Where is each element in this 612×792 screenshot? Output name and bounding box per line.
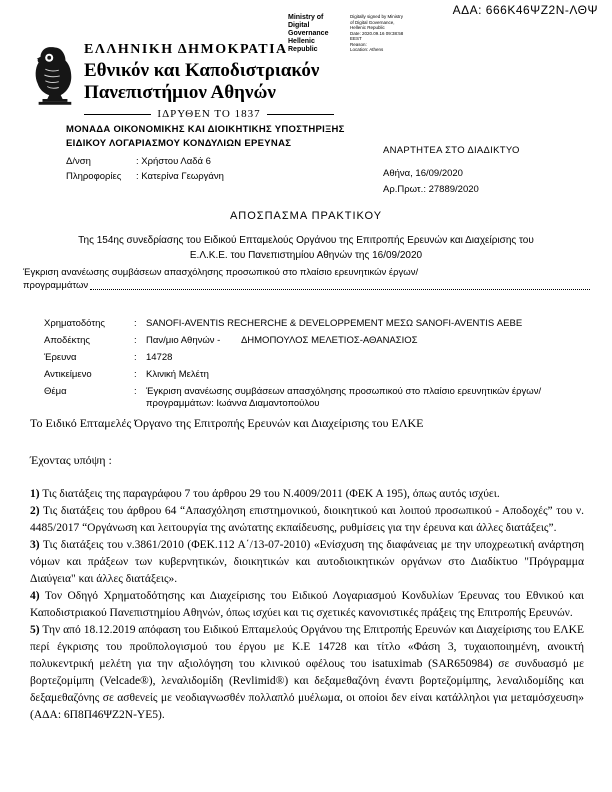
subject-block: Έγκριση ανανέωσης συμβάσεων απασχόλησης … bbox=[23, 266, 590, 292]
protocol-number: Αρ.Πρωτ.: 27889/2020 bbox=[383, 184, 520, 195]
unit-line2: ΕΙΔΙΚΟΥ ΛΟΓΑΡΙΑΣΜΟΥ ΚΟΝΔΥΛΙΩΝ ΕΡΕΥΝΑΣ bbox=[66, 137, 345, 151]
university-name-line2: Πανεπιστήμιον Αθηνών bbox=[84, 82, 334, 104]
web-posting-note: ΑΝΑΡΤΗΤΕΑ ΣΤΟ ΔΙΑΔΙΚΤΥΟ bbox=[383, 145, 520, 156]
address-row: Δ/νση: Χρήστου Λαδά 6 bbox=[66, 154, 224, 169]
legal-basis-list: 1) Τις διατάξεις της παραγράφου 7 του άρ… bbox=[30, 486, 584, 724]
detail-sep: : bbox=[134, 352, 144, 364]
founded-rule-right bbox=[267, 114, 334, 115]
detail-sep: : bbox=[134, 318, 144, 330]
detail-sep: : bbox=[134, 335, 144, 347]
detail-label: Έρευνα bbox=[44, 352, 132, 364]
item-text: Τις διατάξεις της παραγράφου 7 του άρθρο… bbox=[42, 488, 499, 500]
detail-sep: : bbox=[134, 386, 144, 410]
item-text: Τις διατάξεις του ν.3861/2010 (ΦΕΚ.112 Α… bbox=[30, 539, 584, 585]
founded-label: ΙΔΡΥΘΕΝ ΤΟ 1837 bbox=[151, 108, 266, 120]
item-text: Τις διατάξεις του άρθρου 64 “Απασχόληση … bbox=[30, 505, 584, 534]
detail-label: Αποδέκτης bbox=[44, 335, 132, 347]
session-line1: Της 154ης συνεδρίασης του Ειδικού Επταμε… bbox=[30, 233, 582, 248]
detail-sep: : bbox=[134, 369, 144, 381]
item-text: Την από 18.12.2019 απόφαση του Ειδικού Ε… bbox=[30, 624, 584, 721]
ada-code: ΑΔΑ: 666Κ46ΨΖ2Ν-ΛΘΨ bbox=[453, 3, 598, 17]
subject-line2-row: προγραμμάτων bbox=[23, 279, 590, 292]
list-item: 4) Τον Οδηγό Χρηματοδότησης και Διαχείρι… bbox=[30, 588, 584, 622]
detail-label: Θέμα bbox=[44, 386, 132, 410]
recipient-value: Παν/μιο Αθηνών - ΔΗΜΟΠΟΥΛΟΣ ΜΕΛΕΤΙΟΣ-ΑΘΑ… bbox=[146, 335, 584, 347]
topic-value: Έγκριση ανανέωσης συμβάσεων απασχόλησης … bbox=[146, 386, 584, 410]
item-number: 5) bbox=[30, 624, 40, 636]
founded-line: ΙΔΡΥΘΕΝ ΤΟ 1837 bbox=[84, 108, 334, 120]
university-owl-emblem bbox=[30, 44, 78, 111]
item-text: Τον Οδηγό Χρηματοδότησης και Διαχείρισης… bbox=[30, 590, 584, 619]
meta-block: ΑΝΑΡΤΗΤΕΑ ΣΤΟ ΔΙΑΔΙΚΤΥΟ Αθήνα, 16/09/202… bbox=[383, 145, 520, 195]
unit-block: ΜΟΝΑΔΑ ΟΙΚΟΝΟΜΙΚΗΣ ΚΑΙ ΔΙΟΙΚΗΤΙΚΗΣ ΥΠΟΣΤ… bbox=[66, 123, 345, 151]
republic-title: ΕΛΛΗΝΙΚΗ ΔΗΜΟΚΡΑΤΙΑ bbox=[84, 42, 334, 58]
dotted-leader bbox=[90, 289, 590, 290]
extract-title: ΑΠΟΣΠΑΣΜΑ ΠΡΑΚΤΙΚΟΥ bbox=[0, 210, 612, 222]
date-line: Αθήνα, 16/09/2020 bbox=[383, 168, 520, 179]
detail-label: Αντικείμενο bbox=[44, 369, 132, 381]
list-item: 1) Τις διατάξεις της παραγράφου 7 του άρ… bbox=[30, 486, 584, 503]
having-regard: Έχοντας υπόψη : bbox=[30, 453, 584, 468]
subject-line2: προγραμμάτων bbox=[23, 279, 88, 292]
research-code-value: 14728 bbox=[146, 352, 584, 364]
owl-icon bbox=[30, 44, 78, 106]
info-value: : Κατερίνα Γεωργάνη bbox=[136, 171, 224, 182]
list-item: 5) Την από 18.12.2019 απόφαση του Ειδικο… bbox=[30, 622, 584, 724]
letterhead: ΕΛΛΗΝΙΚΗ ΔΗΜΟΚΡΑΤΙΑ Εθνικόν και Καποδιστ… bbox=[84, 42, 334, 120]
body-intro: Το Ειδικό Επταμελές Όργανο της Επιτροπής… bbox=[30, 416, 584, 431]
university-name-line1: Εθνικόν και Καποδιστριακόν bbox=[84, 60, 334, 82]
funder-value: SANOFI-AVENTIS RECHERCHE & DEVELOPPEMENT… bbox=[146, 318, 584, 330]
item-number: 1) bbox=[30, 488, 40, 500]
detail-label: Χρηματοδότης bbox=[44, 318, 132, 330]
info-row: Πληροφορίες: Κατερίνα Γεωργάνη bbox=[66, 169, 224, 184]
subject-line1: Έγκριση ανανέωσης συμβάσεων απασχόλησης … bbox=[23, 266, 590, 279]
address-label: Δ/νση bbox=[66, 154, 136, 169]
info-label: Πληροφορίες bbox=[66, 169, 136, 184]
unit-line1: ΜΟΝΑΔΑ ΟΙΚΟΝΟΜΙΚΗΣ ΚΑΙ ΔΙΟΙΚΗΤΙΚΗΣ ΥΠΟΣΤ… bbox=[66, 123, 345, 137]
founded-rule-left bbox=[84, 114, 151, 115]
address-value: : Χρήστου Λαδά 6 bbox=[136, 156, 211, 167]
signature-details: Digitally signed by Ministry of Digital … bbox=[350, 14, 420, 54]
document-page: ΑΔΑ: 666Κ46ΨΖ2Ν-ΛΘΨ Ministry of Digital … bbox=[0, 0, 612, 792]
list-item: 2) Τις διατάξεις του άρθρου 64 “Απασχόλη… bbox=[30, 503, 584, 537]
contact-block: Δ/νση: Χρήστου Λαδά 6 Πληροφορίες: Κατερ… bbox=[66, 154, 224, 184]
decision-body: Το Ειδικό Επταμελές Όργανο της Επιτροπής… bbox=[30, 416, 584, 724]
object-value: Κλινική Μελέτη bbox=[146, 369, 584, 381]
item-number: 2) bbox=[30, 505, 40, 517]
session-line: Της 154ης συνεδρίασης του Ειδικού Επταμε… bbox=[30, 233, 582, 263]
session-line2: Ε.Λ.Κ.Ε. του Πανεπιστημίου Αθηνών της 16… bbox=[30, 248, 582, 263]
item-number: 4) bbox=[30, 590, 40, 602]
list-item: 3) Τις διατάξεις του ν.3861/2010 (ΦΕΚ.11… bbox=[30, 537, 584, 588]
item-number: 3) bbox=[30, 539, 40, 551]
university-name: Εθνικόν και Καποδιστριακόν Πανεπιστήμιον… bbox=[84, 60, 334, 104]
details-grid: Χρηματοδότης : SANOFI-AVENTIS RECHERCHE … bbox=[44, 318, 584, 410]
